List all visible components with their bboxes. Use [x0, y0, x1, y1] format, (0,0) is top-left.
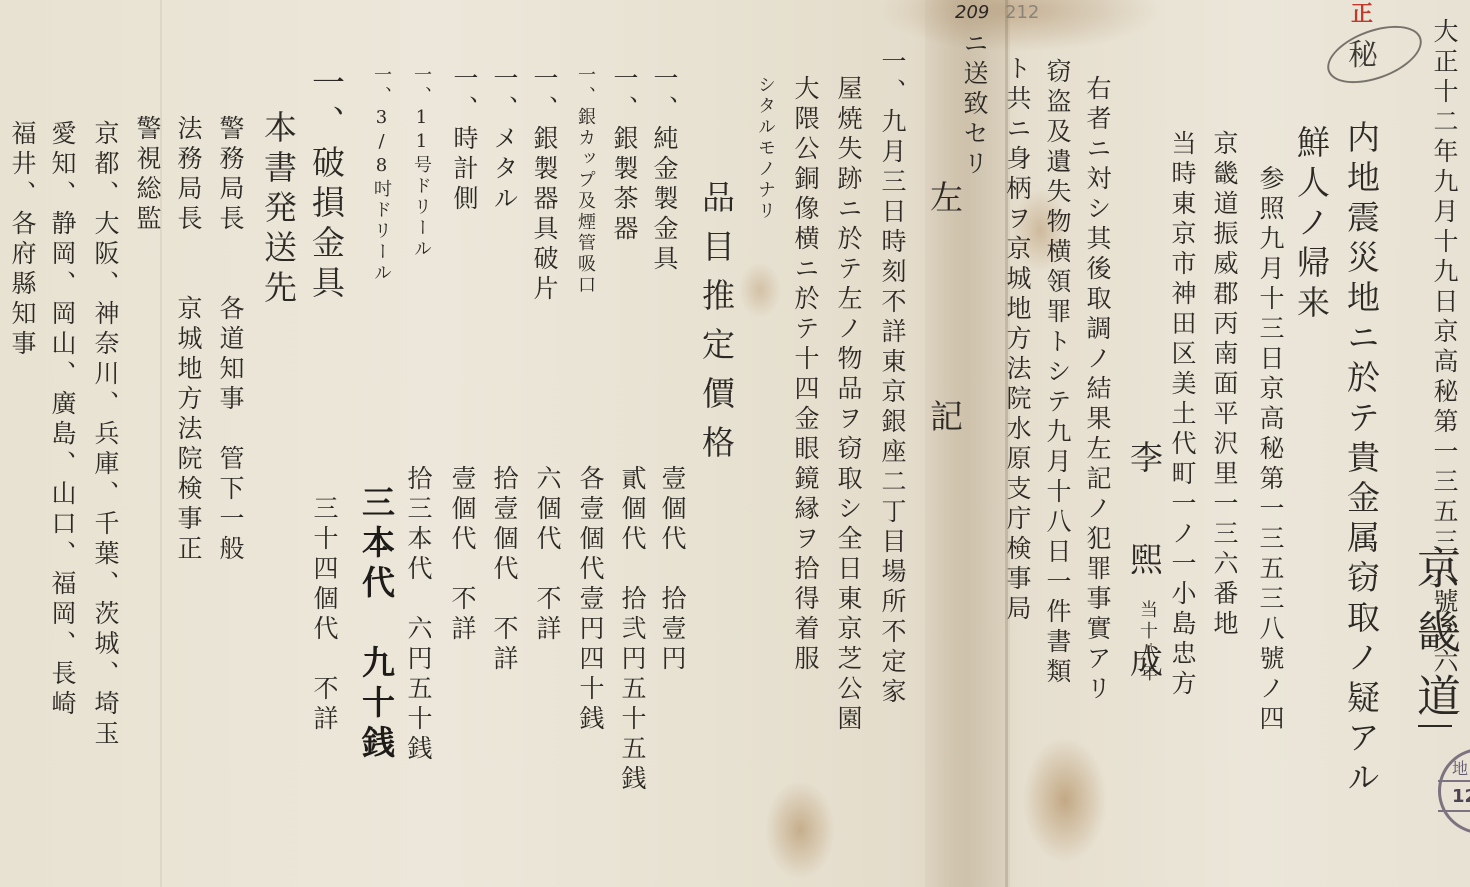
- item-name: 一、銀カップ及煙管吸口: [576, 65, 594, 296]
- incident-line-1: 一、九月三日時刻不詳東京銀座二丁目場所不定家: [880, 48, 905, 708]
- item-name: 一、銀製茶器: [612, 65, 637, 245]
- item-price: 壹個代 不詳: [450, 465, 475, 645]
- incident-line-2: 屋焼失跡ニ於テ左ノ物品ヲ窃取シ全日東京芝公園: [836, 75, 861, 735]
- distribution-line: 警務局長 各道知事 管下一般: [218, 115, 243, 565]
- item-price: 各壹個代壹円四十銭: [578, 465, 603, 735]
- postmark-divider: [1438, 780, 1470, 782]
- distribution-line: 福井、各府縣知事: [10, 120, 35, 360]
- item-price: 拾三本代 六円五十銭: [406, 465, 431, 765]
- body-line-3: ト共ニ身柄ヲ京城地方法院水原支庁検事局: [1005, 55, 1030, 625]
- body-line-1: 右者ニ対シ其後取調ノ結果左記ノ犯罪事實アリ: [1085, 75, 1110, 705]
- item-price: 貳個代 拾弐円五十五銭: [620, 465, 645, 795]
- item-price: 三本代 九十銭: [360, 485, 393, 765]
- item-name: 一、時計側: [452, 65, 477, 215]
- issuer-underline: [1418, 725, 1452, 727]
- distribution-line: 法務局長 京城地方法院検事正: [176, 115, 201, 565]
- confidential-mark-text: 秘: [1348, 30, 1378, 74]
- postmark-label: 地: [1452, 756, 1468, 779]
- issuer-name: 京畿道: [1412, 545, 1456, 737]
- item-name: 一、破損金具: [310, 65, 343, 305]
- incident-line-4: シタルモノナリ: [756, 75, 774, 222]
- distribution-line: 愛知、静岡、岡山、廣島、山口、福岡、長崎: [50, 120, 75, 720]
- item-price: 壹個代 拾壹円: [660, 465, 685, 675]
- page-number-stamped: 212: [1005, 2, 1039, 23]
- page-number-handwritten: 209: [955, 2, 989, 23]
- distribution-line: 京都、大阪、神奈川、兵庫、千葉、茨城、埼玉: [93, 120, 118, 750]
- domicile-line: 京畿道振威郡丙南面平沢里一三六番地: [1212, 130, 1237, 640]
- sakki-heading: 左 記: [928, 180, 961, 472]
- document-scan: 209 212 正 秘 大正十二年九月十九日京高秘第一三五三八號ノ六 京畿道 内…: [0, 0, 1470, 887]
- suspect-age: 当十八年: [1138, 600, 1156, 684]
- body-line-2: 窃盗及遺失物横領罪トシテ九月十八日一件書類: [1045, 58, 1070, 688]
- item-price: 三十四個代 不詳: [312, 495, 337, 735]
- reference-line: 参照九月十三日京高秘第一三五三八號ノ四: [1258, 165, 1283, 735]
- item-name: 一、銀製器具破片: [532, 65, 557, 305]
- red-seal-stamp: 正: [1348, 0, 1376, 28]
- distribution-line: 警視総監: [135, 115, 160, 235]
- body-line-4: ニ送致セリ: [962, 30, 987, 180]
- document-title: 内地震災地ニ於テ貴金属窃取ノ疑アル: [1345, 120, 1378, 800]
- item-price: 拾壹個代 不詳: [492, 465, 517, 675]
- postmark-number: 12: [1452, 786, 1470, 807]
- item-name: 一、メタル: [492, 65, 517, 215]
- postmark-divider: [1438, 810, 1470, 812]
- item-name: 一、純金製金具: [652, 65, 677, 275]
- distribution-heading: 本書発送先: [262, 110, 295, 310]
- item-name: 一、3/8吋ドリール: [372, 65, 390, 284]
- incident-line-3: 大隈公銅像横ニ於テ十四金眼鏡縁ヲ拾得着服: [793, 75, 818, 675]
- items-header: 品目推定價格: [700, 180, 733, 474]
- residence-line: 当時東京市神田区美土代町一ノ一小島忠方: [1170, 130, 1195, 700]
- item-name: 一、11号ドリール: [412, 65, 430, 260]
- item-price: 六個代 不詳: [535, 465, 560, 645]
- document-subject: 鮮人ノ帰来: [1295, 125, 1328, 325]
